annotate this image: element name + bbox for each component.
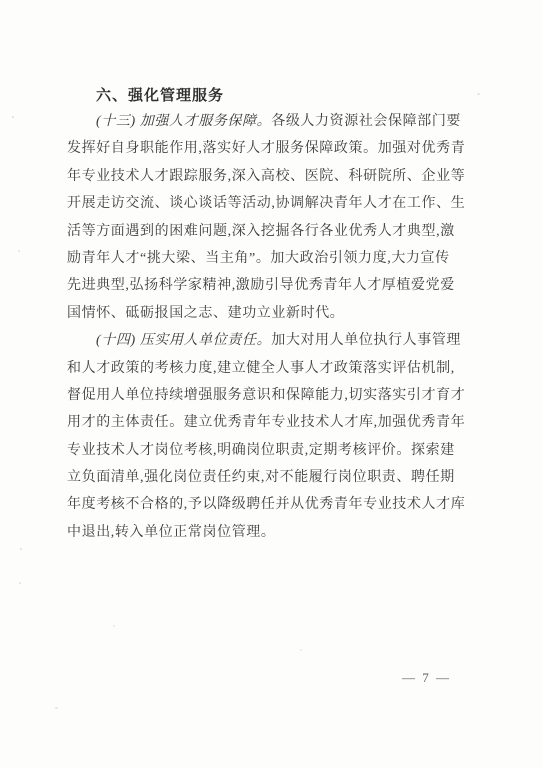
scan-speck [12,116,14,118]
text-line: 用才的主体责任。建立优秀青年专业技术人才库,加强优秀青年 [67,409,477,436]
text-run: 加大对用人单位执行人事管理 [271,333,461,348]
text-line: 和人才政策的考核力度,建立健全人事人才政策落实评估机制, [67,355,477,382]
scanned-document-page: 六、强化管理服务 (十三) 加强人才服务保障。各级人力资源社会保障部门要 发挥好… [0,0,542,768]
scan-speck [300,649,302,651]
scan-speck [20,548,22,550]
section-heading: 六、强化管理服务 [96,84,224,105]
text-line: 发挥好自身职能作用,落实好人才服务保障政策。加强对优秀青 [67,135,477,162]
text-line: 励青年人才“挑大梁、当主角”。加大政治引领力度,大力宣传 [67,245,477,272]
scan-speck [55,707,58,709]
paragraph-lead: (十四) 压实用人单位责任。 [96,333,271,348]
text-run: 各级人力资源社会保障部门要 [271,114,461,129]
text-line: 先进典型,弘扬科学家精神,激励引导优秀青年人才厚植爱党爱 [67,272,477,299]
scan-speck [18,250,20,252]
text-line: 活等方面遇到的困难问题,深入挖掘各行各业优秀人才典型,激 [67,218,477,245]
text-line: 年专业技术人才跟踪服务,深入高校、医院、科研院所、企业等 [67,163,477,190]
text-line: (十三) 加强人才服务保障。各级人力资源社会保障部门要 [67,108,477,135]
scan-speck [113,625,115,627]
scan-speck [477,93,480,95]
text-line: 中退出,转入单位正常岗位管理。 [67,519,477,546]
text-line: 国情怀、砥砺报国之志、建功立业新时代。 [67,300,477,327]
text-line: 督促用人单位持续增强服务意识和保障能力,切实落实引才育才 [67,382,477,409]
scan-speck [19,582,21,584]
text-line: 年度考核不合格的,予以降级聘任并从优秀青年专业技术人才库 [67,491,477,518]
text-line: 专业技术人才岗位考核,明确岗位职责,定期考核评价。探索建 [67,437,477,464]
text-line: 开展走访交流、谈心谈话等活动,协调解决青年人才在工作、生 [67,190,477,217]
document-body: (十三) 加强人才服务保障。各级人力资源社会保障部门要 发挥好自身职能作用,落实… [67,108,477,546]
text-line: (十四) 压实用人单位责任。加大对用人单位执行人事管理 [67,327,477,354]
text-line: 立负面清单,强化岗位责任约束,对不能履行岗位职责、聘任期 [67,464,477,491]
paragraph-lead: (十三) 加强人才服务保障。 [96,114,271,129]
page-number: — 7 — [402,670,451,686]
